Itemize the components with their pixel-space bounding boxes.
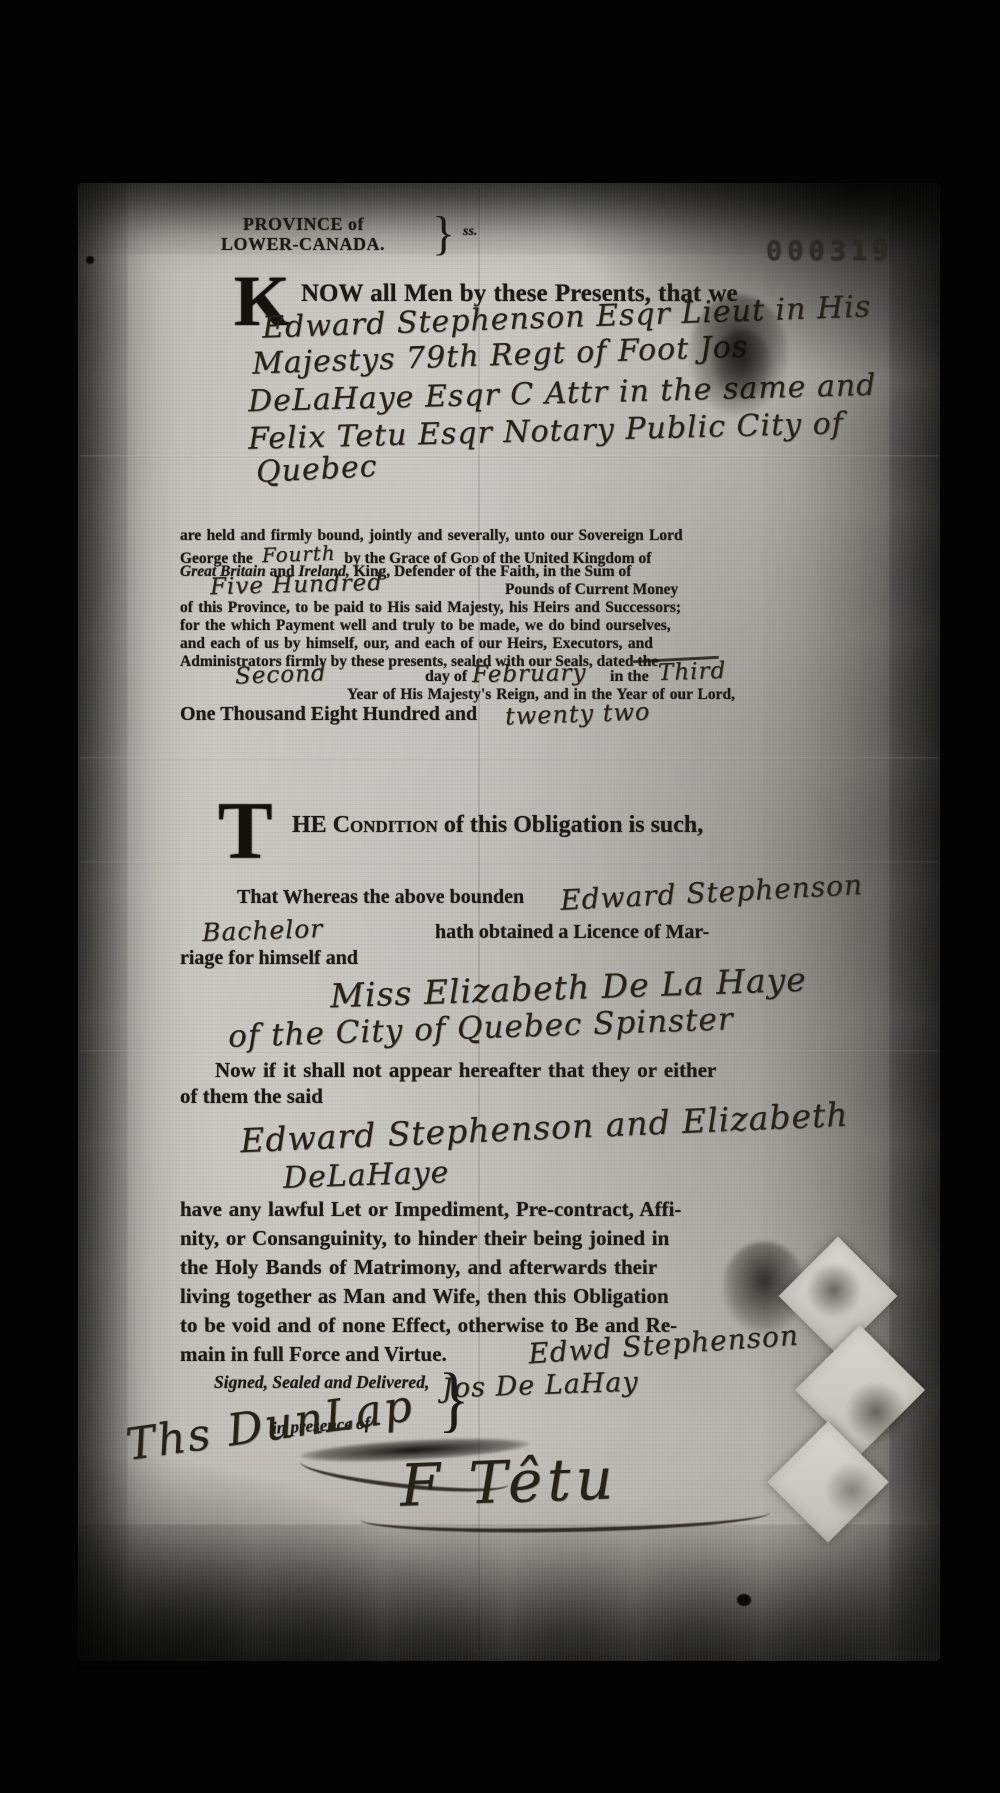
microfilm-scan: PROVINCE of LOWER-CANADA. } ss. 000319 K…	[0, 0, 1000, 1793]
bond-line: are held and firmly bound, jointly and s…	[180, 527, 683, 545]
bond-text: King, Defender of the Faith, in the Sum …	[354, 563, 632, 580]
fill-day: Second	[235, 660, 327, 689]
condition-he: HE	[292, 812, 327, 838]
ink-dot	[737, 1594, 751, 1606]
handwritten-party-line: Quebec	[255, 449, 378, 490]
whereas-line: hath obtained a Licence of Mar-	[435, 921, 709, 944]
ink-dot	[86, 256, 94, 264]
seal-stain	[806, 1262, 862, 1318]
bond-line: Pounds of Current Money	[505, 581, 678, 599]
bond-line: for the which Payment well and truly to …	[180, 617, 671, 635]
bond-line: One Thousand Eight Hundred and	[180, 703, 477, 726]
condition-dropcap: T	[218, 797, 273, 864]
seal-stain	[824, 1462, 880, 1518]
fill-groom-status: Bachelor	[202, 914, 324, 947]
crease-line	[80, 1050, 938, 1053]
now-clause-line: Now if it shall not appear hereafter tha…	[215, 1058, 716, 1083]
condition-rest: of this Obligation is such,	[444, 812, 703, 838]
jurisdiction-caption-line2: LOWER-CANADA.	[221, 234, 385, 255]
fill-sum: Five Hundred	[210, 570, 384, 601]
bond-line: of this Province, to be paid to His said…	[180, 599, 681, 617]
crease-line	[80, 861, 938, 864]
closing-line: main in full Force and Virtue.	[180, 1342, 447, 1367]
closing-line: living together as Man and Wife, then th…	[180, 1284, 669, 1309]
ink-blot	[712, 330, 772, 400]
now-clause-line: of them the said	[180, 1084, 323, 1109]
crease-line	[80, 455, 938, 458]
bond-line: in the	[610, 668, 649, 686]
fill-year: twenty two	[505, 697, 651, 730]
serial-number-stamp: 000319	[766, 236, 894, 267]
crease-line	[80, 757, 938, 760]
jurisdiction-caption-line1: PROVINCE of	[243, 214, 364, 235]
closing-line: have any lawful Let or Impediment, Pre-c…	[180, 1197, 681, 1222]
whereas-line: riage for himself and	[180, 947, 358, 970]
jurisdiction-ss-label: ss.	[463, 224, 477, 240]
condition-word: Condition	[333, 812, 438, 838]
whereas-line: That Whereas the above bounden	[237, 886, 524, 909]
closing-line: nity, or Consanguinity, to hinder their …	[180, 1226, 669, 1251]
condition-heading: HE Condition of this Obligation is such,	[292, 812, 703, 839]
bond-line: and each of us by himself, our, and each…	[180, 635, 653, 653]
fill-couple-names-2: DeLaHaye	[282, 1155, 449, 1196]
attestation-brace: }	[438, 1358, 470, 1442]
fill-month: February	[472, 660, 587, 688]
closing-line: the Holy Bands of Matrimony, and afterwa…	[180, 1255, 657, 1280]
bond-line: day of	[425, 668, 467, 686]
jurisdiction-brace: }	[432, 206, 455, 261]
seal-stain	[846, 1380, 906, 1444]
fill-regnal-year: Third	[658, 658, 727, 686]
